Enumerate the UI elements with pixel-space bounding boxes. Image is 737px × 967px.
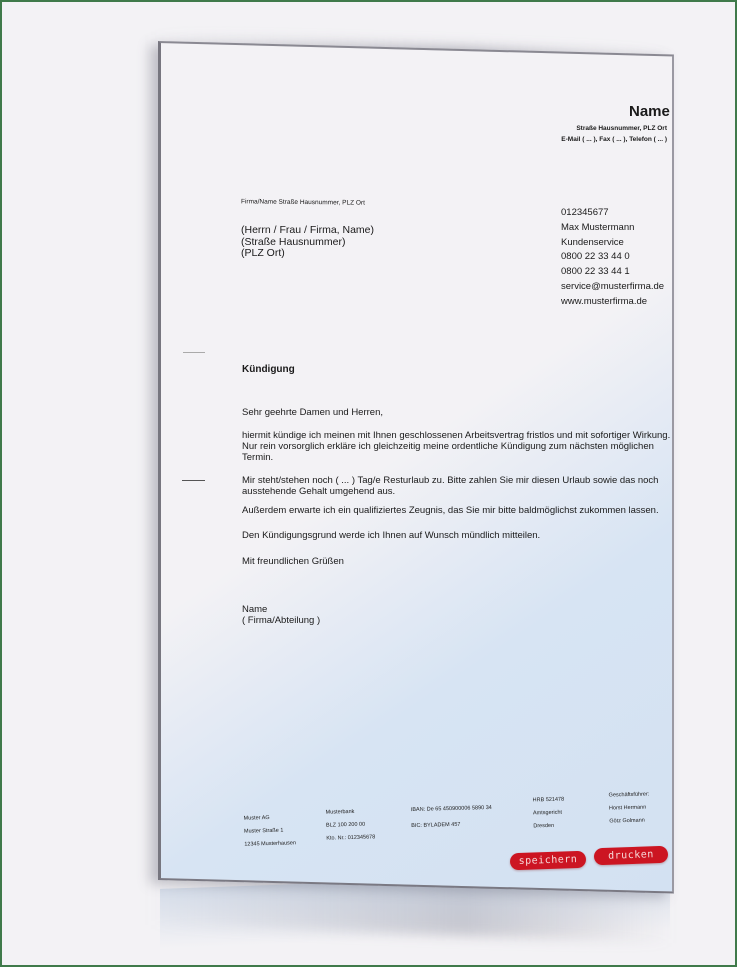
contact-department: Kundenservice — [561, 236, 664, 251]
closing: Mit freundlichen Grüßen — [242, 556, 344, 567]
contact-website: www.musterfirma.de — [561, 295, 664, 310]
recipient-city: (PLZ Ort) — [241, 248, 374, 260]
paragraph-line: Termin. — [242, 452, 670, 463]
sender-contact: E-Mail ( ... ), Fax ( ... ), Telefon ( .… — [561, 136, 667, 143]
footer-line: 12345 Musterhausen — [244, 837, 296, 851]
footer-line: Amtsgericht — [533, 807, 565, 821]
contact-fax: 0800 22 33 44 1 — [561, 265, 664, 280]
salutation: Sehr geehrte Damen und Herren, — [242, 407, 383, 418]
paragraph-line: Mir steht/stehen noch ( ... ) Tag/e Rest… — [242, 475, 658, 486]
paragraph-line: hiermit kündige ich meinen mit Ihnen ges… — [242, 430, 670, 441]
save-button[interactable]: speichern — [510, 851, 587, 871]
footer-line: BLZ 100 200 00 — [326, 818, 375, 832]
contact-block: 012345677 Max Mustermann Kundenservice 0… — [561, 206, 664, 310]
contact-phone: 0800 22 33 44 0 — [561, 250, 664, 265]
footer-line: Götz Golmann — [609, 814, 650, 828]
paragraph-reason: Den Kündigungsgrund werde ich Ihnen auf … — [242, 530, 540, 541]
footer-line: Horst Hermann — [609, 801, 650, 815]
signature-block: Name ( Firma/Abteilung ) — [242, 604, 320, 626]
footer-line: Musterbank — [325, 805, 374, 819]
sender-address: Straße Hausnummer, PLZ Ort — [576, 125, 667, 132]
paragraph-line: ausstehende Gehalt umgehend aus. — [242, 486, 658, 497]
paragraph-vacation: Mir steht/stehen noch ( ... ) Tag/e Rest… — [242, 475, 658, 497]
paragraph-termination: hiermit kündige ich meinen mit Ihnen ges… — [242, 430, 670, 463]
return-address-line: Firma/Name Straße Hausnummer, PLZ Ort — [241, 198, 365, 206]
paragraph-line: Nur rein vorsorglich erkläre ich gleichz… — [242, 441, 670, 452]
contact-email: service@musterfirma.de — [561, 280, 664, 295]
print-button[interactable]: drucken — [594, 846, 669, 866]
sender-name: Name — [629, 103, 670, 120]
footer-company: Muster AG Muster Straße 1 12345 Musterha… — [243, 811, 296, 851]
footer-line: HRB 521478 — [532, 794, 564, 808]
footer-line: Kto. Nr.: 012345678 — [326, 831, 375, 845]
footer-line: IBAN: De 65 450900006 5890 34 — [411, 800, 492, 818]
recipient-address: (Herrn / Frau / Firma, Name) (Straße Hau… — [241, 225, 374, 260]
contact-person: Max Mustermann — [561, 221, 664, 236]
letter-content: Name Straße Hausnummer, PLZ Ort E-Mail (… — [0, 0, 737, 967]
footer-register: HRB 521478 Amtsgericht Dresden — [532, 794, 565, 834]
fold-mark — [183, 352, 205, 353]
footer-bank: Musterbank BLZ 100 200 00 Kto. Nr.: 0123… — [325, 805, 375, 845]
letter-subject: Kündigung — [242, 364, 295, 375]
signature-department: ( Firma/Abteilung ) — [242, 615, 320, 626]
signature-name: Name — [242, 604, 320, 615]
recipient-name: (Herrn / Frau / Firma, Name) — [241, 225, 374, 237]
punch-mark — [182, 480, 205, 481]
footer-management: Geschäftsführer: Horst Hermann Götz Golm… — [608, 788, 650, 828]
paragraph-reference: Außerdem erwarte ich ein qualifiziertes … — [242, 505, 659, 516]
footer-line: Dresden — [533, 820, 565, 834]
footer-line: BIC: BYLADEM 457 — [411, 816, 492, 834]
footer-iban: IBAN: De 65 450900006 5890 34 BIC: BYLAD… — [411, 800, 493, 834]
footer-line: Geschäftsführer: — [608, 788, 649, 802]
reference-number: 012345677 — [561, 206, 664, 221]
